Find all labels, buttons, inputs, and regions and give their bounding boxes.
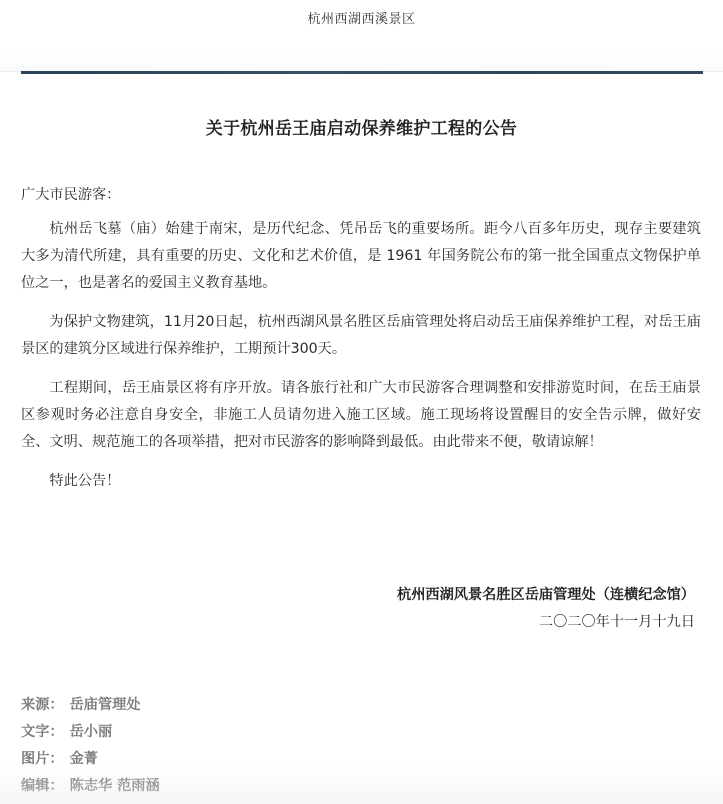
credit-photo: 图片：金菁 — [21, 746, 160, 773]
paragraph-history: 杭州岳飞墓（庙）始建于南宋，是历代纪念、凭吊岳飞的重要场所。距今八百多年历史，现… — [21, 216, 701, 297]
header-divider-bar-right — [505, 71, 703, 74]
credit-label: 图片： — [21, 751, 64, 767]
signature-organization: 杭州西湖风景名胜区岳庙管理处（连横纪念馆） — [397, 582, 695, 609]
article-body: 杭州岳飞墓（庙）始建于南宋，是历代纪念、凭吊岳飞的重要场所。距今八百多年历史，现… — [21, 216, 701, 507]
paragraph-project: 为保护文物建筑，11月20日起，杭州西湖风景名胜区岳庙管理处将启动岳王庙保养维护… — [21, 309, 701, 363]
credit-value: 陈志华 范雨涵 — [70, 778, 160, 794]
salutation: 广大市民游客： — [21, 182, 701, 209]
signature-date: 二〇二〇年十一月十九日 — [397, 609, 695, 636]
credit-label: 编辑： — [21, 778, 64, 794]
credit-value: 金菁 — [70, 751, 98, 767]
page-header: 杭州西湖西溪景区 — [0, 0, 723, 72]
paragraph-closing: 特此公告！ — [21, 468, 701, 495]
credit-value: 岳小丽 — [70, 724, 113, 740]
credit-source: 来源：岳庙管理处 — [21, 692, 160, 719]
credit-text-author: 文字：岳小丽 — [21, 719, 160, 746]
paragraph-notice: 工程期间，岳王庙景区将有序开放。请各旅行社和广大市民游客合理调整和安排游览时间，… — [21, 375, 701, 456]
site-name: 杭州西湖西溪景区 — [0, 8, 723, 27]
signature-block: 杭州西湖风景名胜区岳庙管理处（连横纪念馆） 二〇二〇年十一月十九日 — [397, 582, 695, 636]
credit-label: 文字： — [21, 724, 64, 740]
article-title: 关于杭州岳王庙启动保养维护工程的公告 — [0, 114, 723, 139]
credit-label: 来源： — [21, 697, 64, 713]
credits-block: 来源：岳庙管理处 文字：岳小丽 图片：金菁 编辑：陈志华 范雨涵 — [21, 692, 160, 800]
credit-editor: 编辑：陈志华 范雨涵 — [21, 773, 160, 800]
credit-value: 岳庙管理处 — [70, 697, 141, 713]
header-divider-bar — [21, 71, 505, 74]
